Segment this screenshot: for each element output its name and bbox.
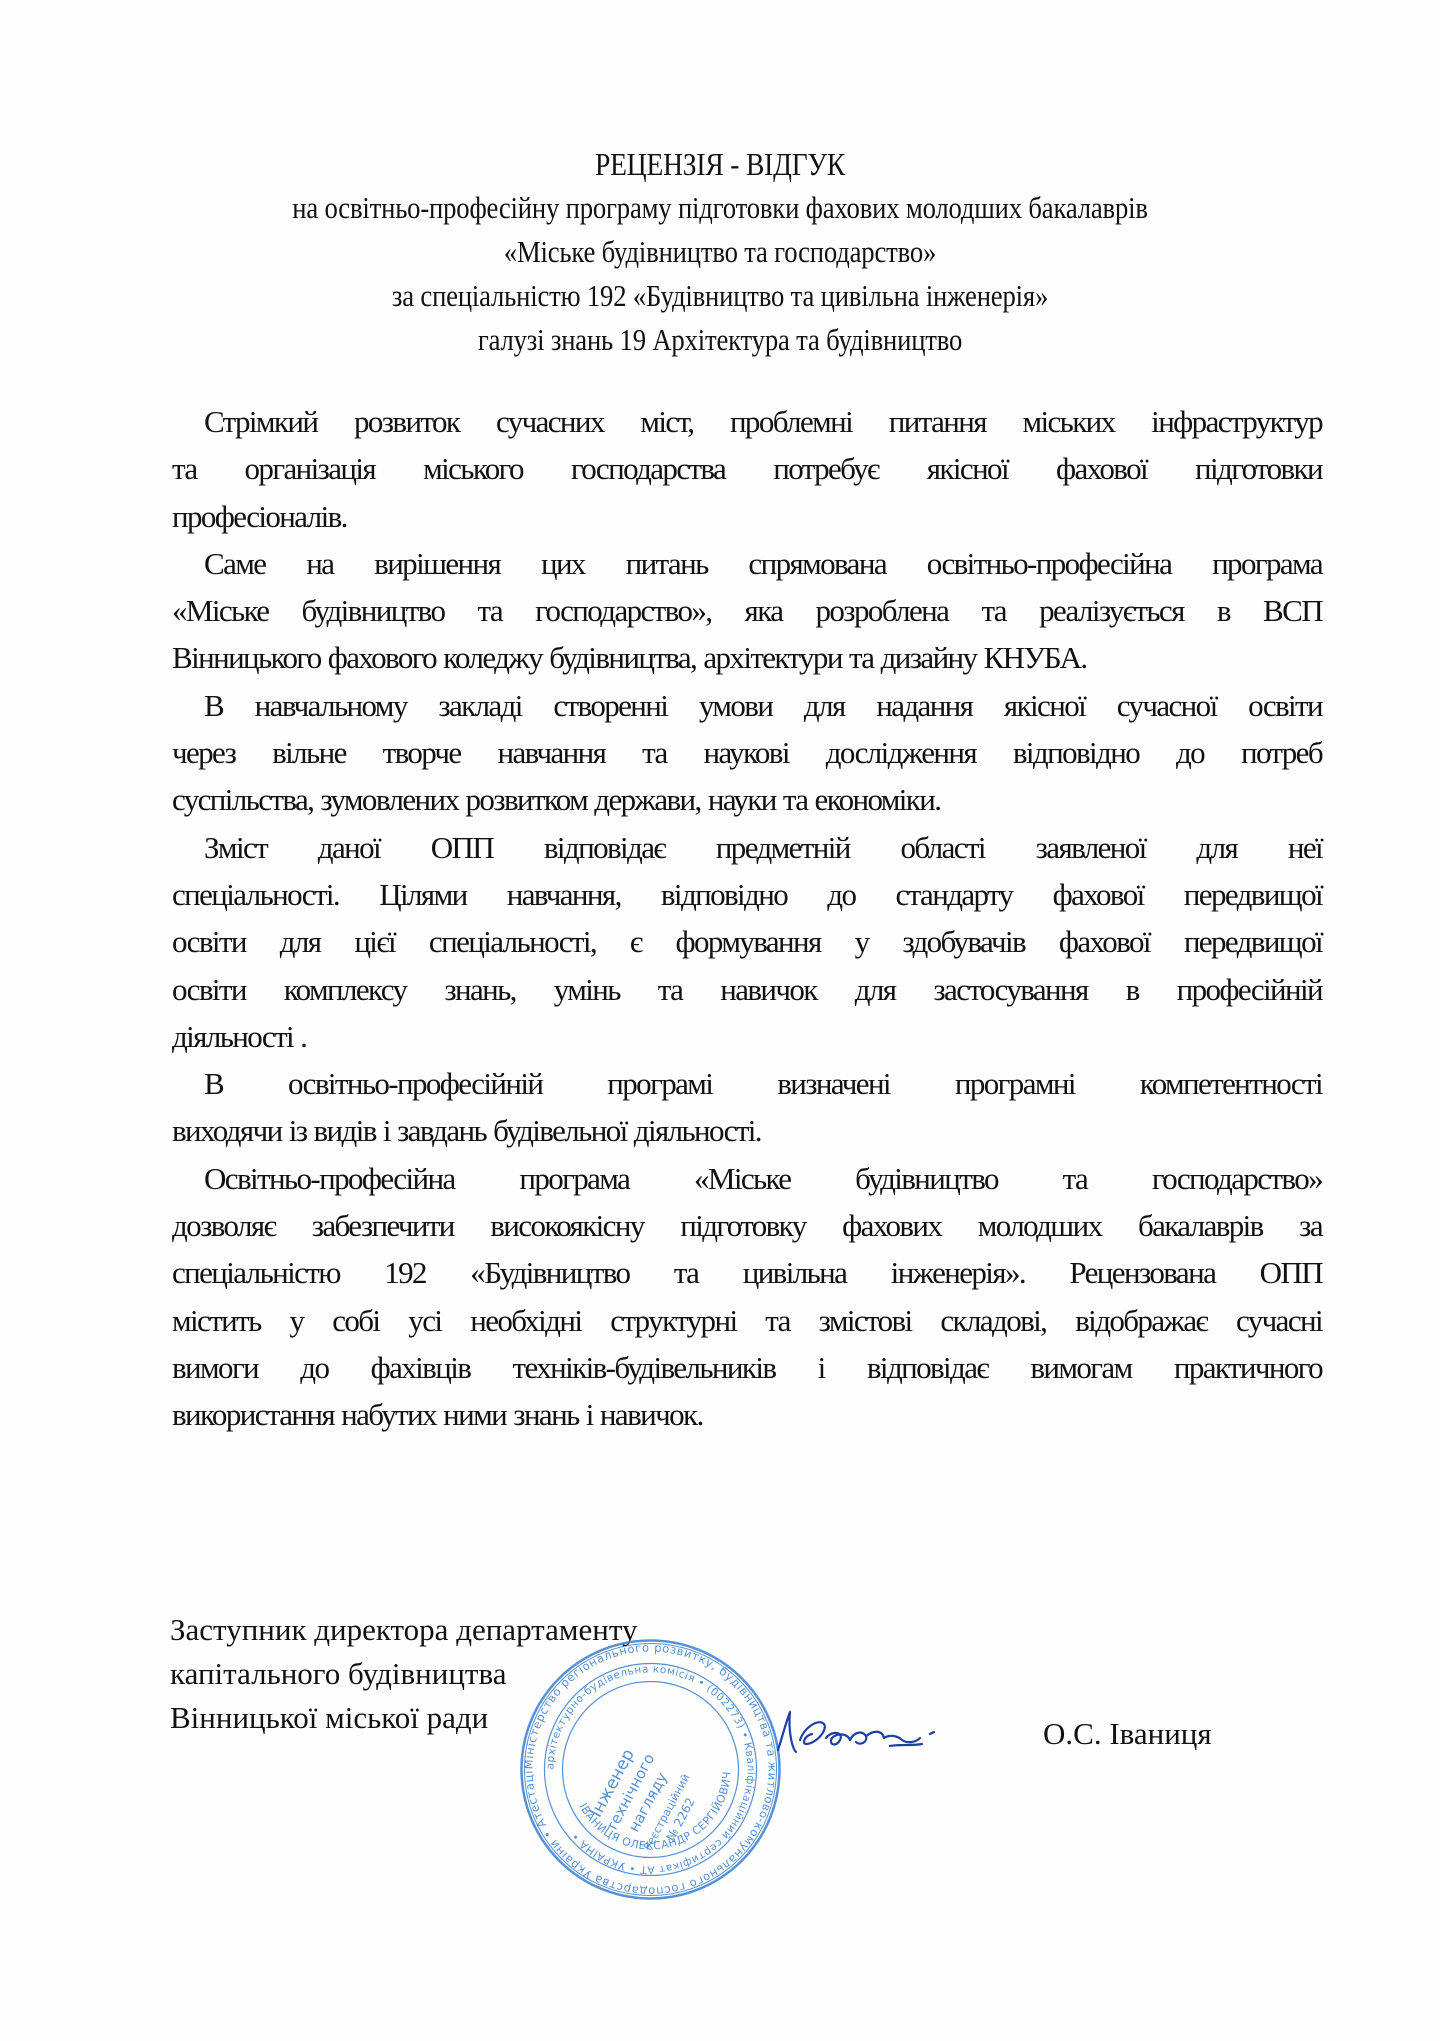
text-line: освіти комплексу знань, умінь та навичок… (172, 966, 1322, 1013)
text-line: Саме на вирішення цих питань спрямована … (172, 540, 1322, 587)
text-line: містить у собі усі необхідні структурні … (172, 1297, 1322, 1344)
text-line: виходячи із видів і завдань будівельної … (172, 1107, 1322, 1154)
text-line: «Міське будівництво та господарство», як… (172, 587, 1322, 634)
document-body: Стрімкий розвиток сучасних міст, проблем… (172, 398, 1322, 1439)
document-header: РЕЦЕНЗІЯ - ВІДГУК на освітньо-професійну… (150, 142, 1290, 362)
subtitle-line: «Міське будівництво та господарство» (230, 230, 1210, 274)
text-line: спеціальністю 192 «Будівництво та цивіль… (172, 1249, 1322, 1296)
paragraph: Саме на вирішення цих питань спрямована … (172, 540, 1322, 682)
handwritten-signature-icon (770, 1700, 970, 1770)
paragraph: В освітньо-професійній програмі визначен… (172, 1060, 1322, 1155)
text-line: Освітньо-професійна програма «Міське буд… (172, 1155, 1322, 1202)
document-title: РЕЦЕНЗІЯ - ВІДГУК (230, 142, 1210, 186)
text-line: професіоналів. (172, 493, 1322, 540)
text-line: через вільне творче навчання та наукові … (172, 729, 1322, 776)
paragraph: Освітньо-професійна програма «Міське буд… (172, 1155, 1322, 1439)
text-line: освіти для цієї спеціальності, є формува… (172, 918, 1322, 965)
text-line: Зміст даної ОПП відповідає предметній об… (172, 824, 1322, 871)
text-line: В освітньо-професійній програмі визначен… (172, 1060, 1322, 1107)
text-line: діяльності . (172, 1013, 1322, 1060)
text-line: використання набутих ними знань і навичо… (172, 1391, 1322, 1438)
subtitle-line: за спеціальністю 192 «Будівництво та цив… (230, 274, 1210, 318)
text-line: суспільства, зумовлених розвитком держав… (172, 776, 1322, 823)
subtitle-line: галузі знань 19 Архітектура та будівницт… (230, 318, 1210, 362)
paragraph: В навчальному закладі створенні умови дл… (172, 682, 1322, 824)
text-line: В навчальному закладі створенні умови дл… (172, 682, 1322, 729)
text-line: Вінницького фахового коледжу будівництва… (172, 634, 1322, 681)
text-line: вимоги до фахівців техніків-будівельникі… (172, 1344, 1322, 1391)
text-line: Стрімкий розвиток сучасних міст, проблем… (172, 398, 1322, 445)
signer-name: О.С. Іваниця (1043, 1712, 1212, 1756)
text-line: та організація міського господарства пот… (172, 445, 1322, 492)
text-line: дозволяє забезпечити високоякісну підгот… (172, 1202, 1322, 1249)
subtitle-line: на освітньо-професійну програму підготов… (230, 186, 1210, 230)
document-page: РЕЦЕНЗІЯ - ВІДГУК на освітньо-професійну… (0, 0, 1440, 2041)
paragraph: Зміст даної ОПП відповідає предметній об… (172, 824, 1322, 1060)
text-line: спеціальності. Цілями навчання, відповід… (172, 871, 1322, 918)
paragraph: Стрімкий розвиток сучасних міст, проблем… (172, 398, 1322, 540)
official-stamp-icon: Міністерство регіонального розвитку, буд… (518, 1637, 783, 1902)
